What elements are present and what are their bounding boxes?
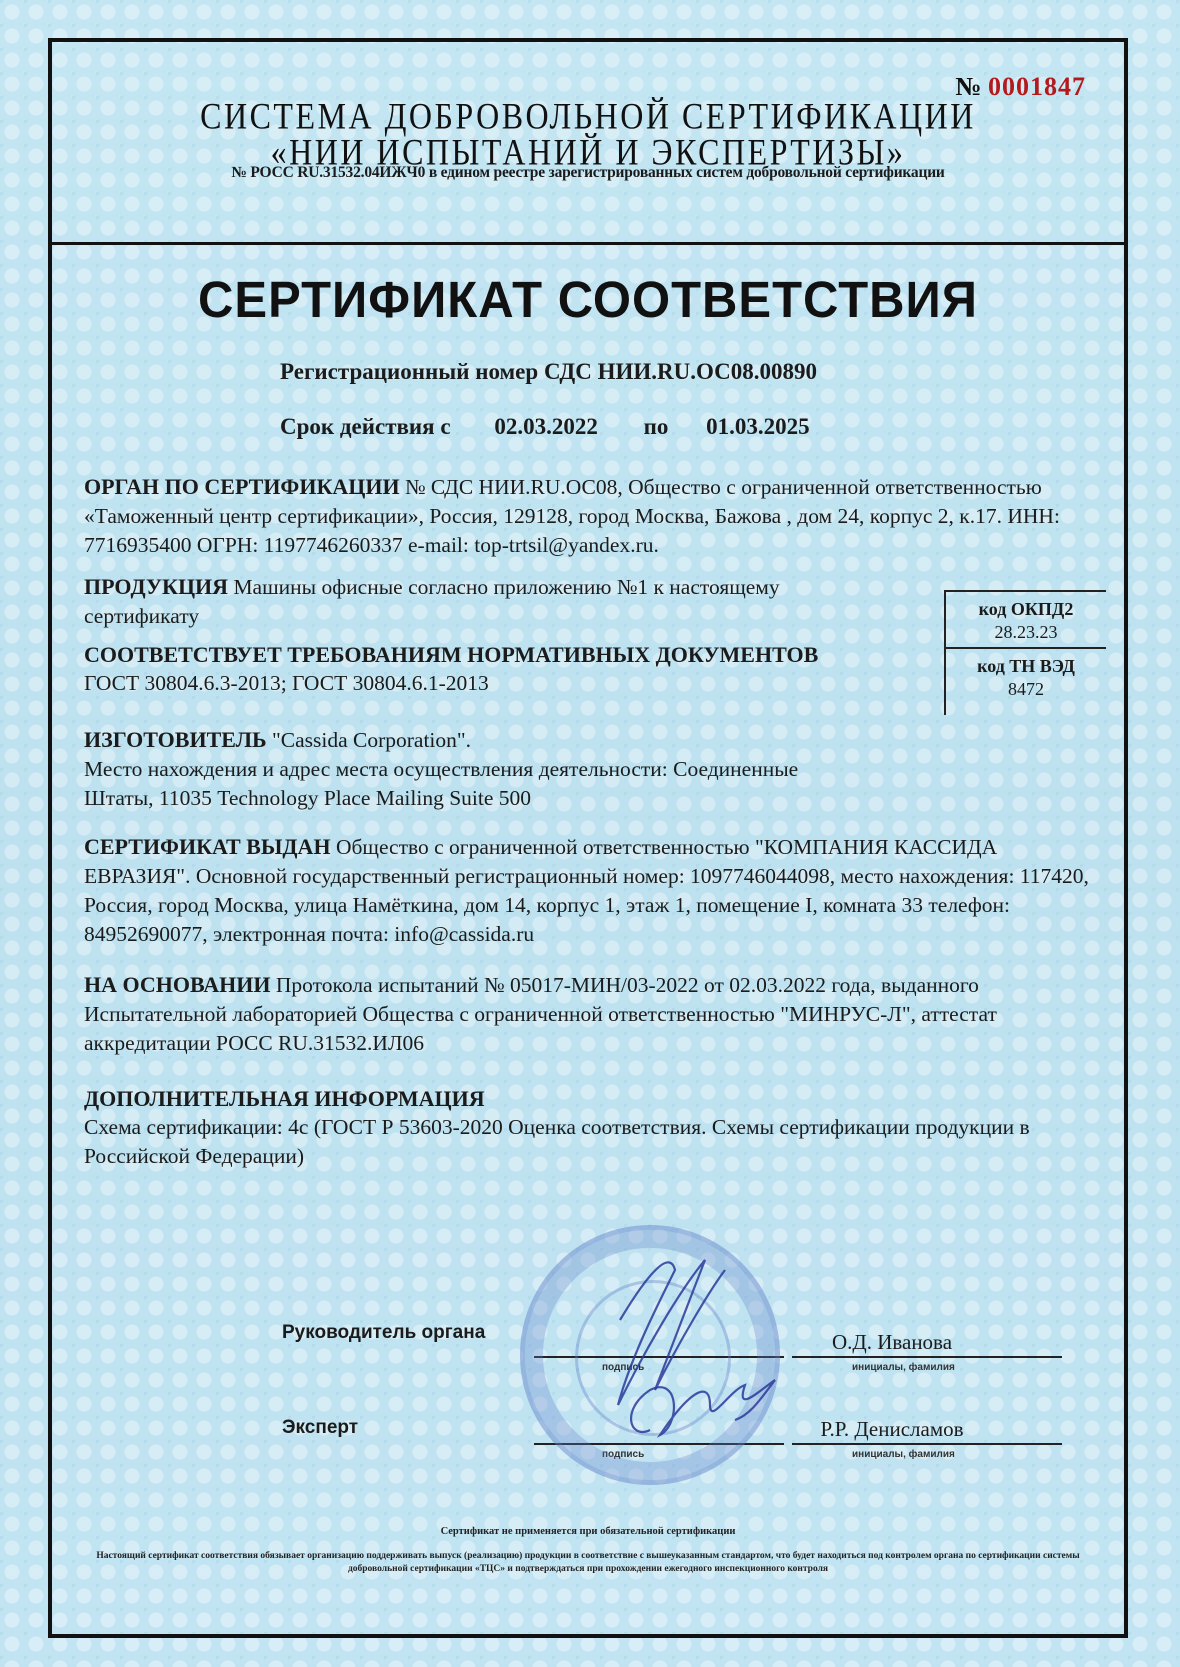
expert-name-caption: инициалы, фамилия	[852, 1449, 955, 1460]
validity-to-label: по	[644, 414, 669, 440]
certificate-header: № 0001847 СИСТЕМА ДОБРОВОЛЬНОЙ СЕРТИФИКА…	[52, 42, 1124, 245]
manufacturer-address: Место нахождения и адрес места осуществл…	[84, 755, 864, 813]
validity-from: 02.03.2022	[494, 414, 598, 440]
tn-ved-value: 8472	[946, 678, 1106, 701]
footer-note: Сертификат не применяется при обязательн…	[52, 1526, 1124, 1537]
tn-ved-code-box: код ТН ВЭД 8472	[944, 647, 1106, 715]
section-heading: ОРГАН ПО СЕРТИФИКАЦИИ	[84, 474, 400, 499]
expert-role-label: Эксперт	[282, 1417, 358, 1439]
section-text: ГОСТ 30804.6.3-2013; ГОСТ 30804.6.1-2013	[84, 669, 1094, 698]
section-text: Схема сертификации: 4с (ГОСТ Р 53603-202…	[84, 1113, 1109, 1171]
system-registry-line: № РОСС RU.31532.04ИЖЧ0 в едином реестре …	[52, 164, 1124, 182]
validity-label: Срок действия с	[280, 414, 451, 440]
section-conformity: СООТВЕТСТВУЕТ ТРЕБОВАНИЯМ НОРМАТИВНЫХ ДО…	[84, 640, 1094, 698]
registration-value: СДС НИИ.RU.ОС08.00890	[544, 359, 817, 384]
section-certification-body: ОРГАН ПО СЕРТИФИКАЦИИ № СДС НИИ.RU.ОС08,…	[84, 472, 1094, 560]
head-name-line	[792, 1356, 1062, 1358]
validity-to: 01.03.2025	[706, 414, 810, 440]
handwritten-signature-icon	[560, 1240, 790, 1460]
section-issued-to: СЕРТИФИКАТ ВЫДАН Общество с ограниченной…	[84, 832, 1094, 949]
section-manufacturer: ИЗГОТОВИТЕЛЬ "Cassida Corporation". Мест…	[84, 725, 864, 813]
head-name-caption: инициалы, фамилия	[852, 1362, 955, 1373]
section-heading: ПРОДУКЦИЯ	[84, 574, 228, 599]
footer-disclaimer: Настоящий сертификат соответствия обязыв…	[92, 1550, 1084, 1576]
tn-ved-label: код ТН ВЭД	[946, 655, 1106, 678]
section-heading: ИЗГОТОВИТЕЛЬ	[84, 727, 267, 752]
expert-name: Р.Р. Денисламов	[772, 1417, 1012, 1442]
registration-number: Регистрационный номер СДС НИИ.RU.ОС08.00…	[280, 359, 817, 385]
expert-name-line	[792, 1443, 1062, 1445]
section-product: ПРОДУКЦИЯ Машины офисные согласно прилож…	[84, 572, 854, 631]
section-heading: СЕРТИФИКАТ ВЫДАН	[84, 834, 331, 859]
section-heading: НА ОСНОВАНИИ	[84, 972, 271, 997]
manufacturer-name: "Cassida Corporation".	[272, 728, 471, 752]
document-title: СЕРТИФИКАТ СООТВЕТСТВИЯ	[52, 271, 1124, 330]
section-heading: СООТВЕТСТВУЕТ ТРЕБОВАНИЯМ НОРМАТИВНЫХ ДО…	[84, 640, 1094, 669]
head-name: О.Д. Иванова	[772, 1330, 1012, 1355]
okpd2-label: код ОКПД2	[946, 598, 1106, 621]
section-heading: ДОПОЛНИТЕЛЬНАЯ ИНФОРМАЦИЯ	[84, 1084, 1109, 1113]
section-additional-info: ДОПОЛНИТЕЛЬНАЯ ИНФОРМАЦИЯ Схема сертифик…	[84, 1084, 1109, 1171]
validity-period: Срок действия с 02.03.2022 по 01.03.2025	[280, 414, 810, 440]
head-role-label: Руководитель органа	[282, 1322, 485, 1344]
registration-label: Регистрационный номер	[280, 359, 538, 384]
section-basis: НА ОСНОВАНИИ Протокола испытаний № 05017…	[84, 970, 1094, 1058]
